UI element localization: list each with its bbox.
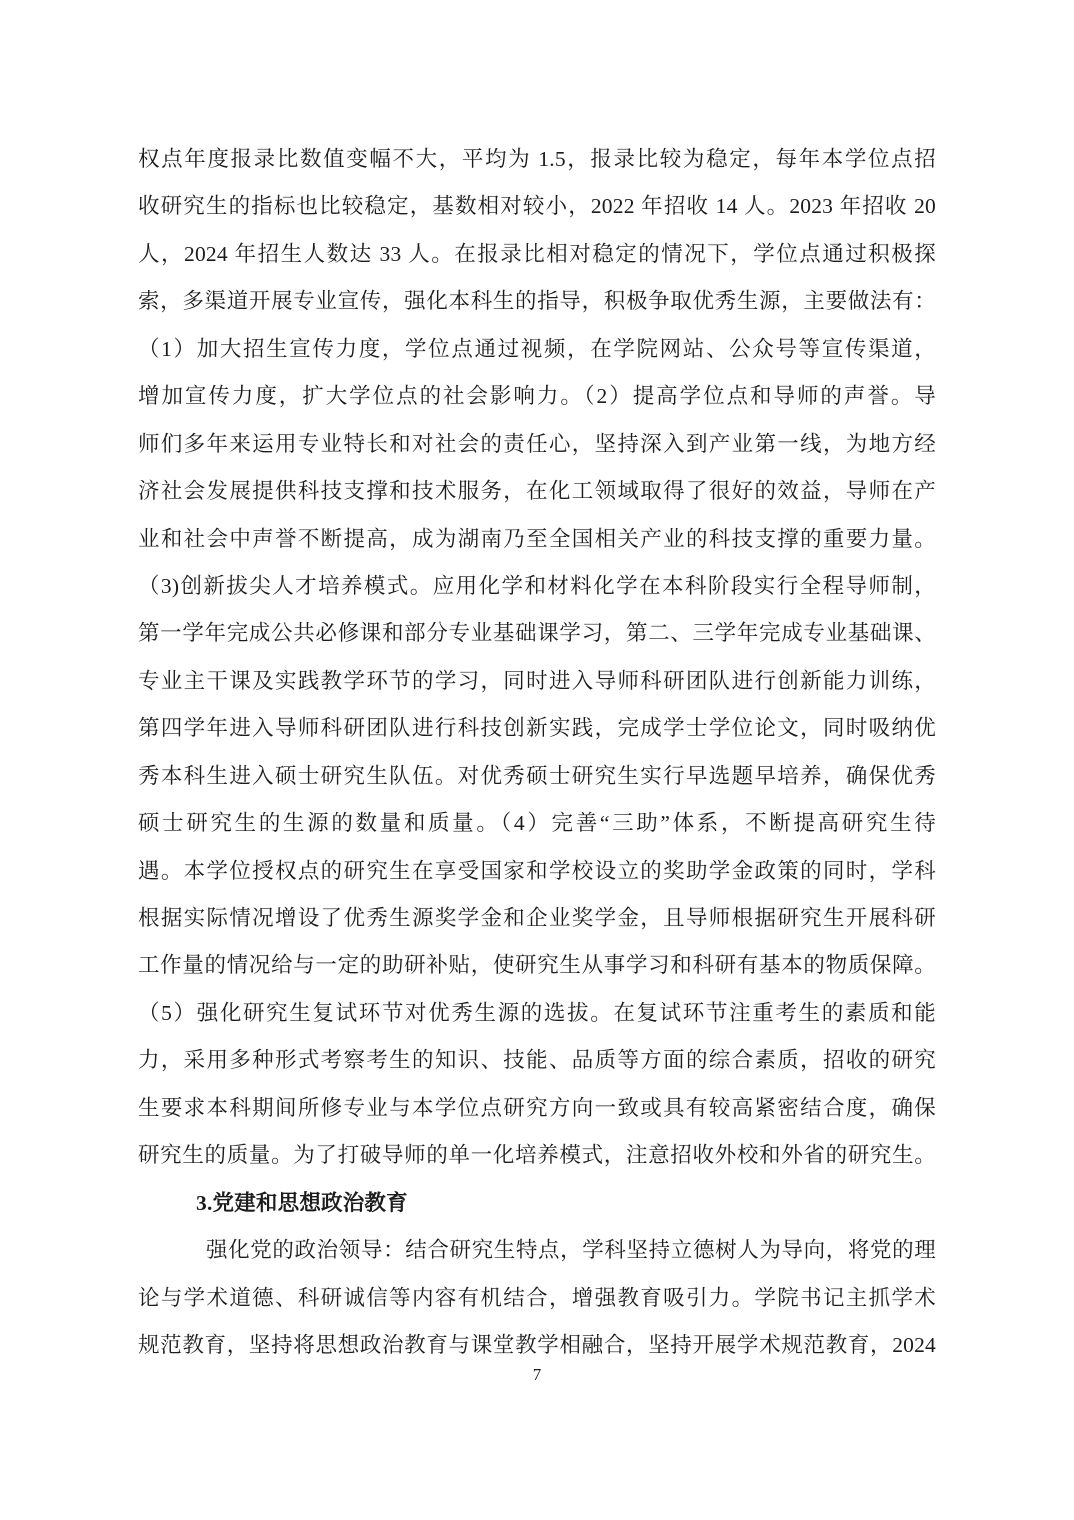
paragraph-line: 师们多年来运用专业特长和对社会的责任心，坚持深入到产业第一线，为地方经 [138,421,936,468]
page-number: 7 [0,1363,1074,1387]
paragraph-line: 第一学年完成公共必修课和部分专业基础课学习，第二、三学年完成专业基础课、 [138,610,936,657]
paragraph-line: 业和社会中声誉不断提高，成为湖南乃至全国相关产业的科技支撑的重要力量。 [138,516,936,563]
document-page: 权点年度报录比数值变幅不大，平均为 1.5，报录比较为稳定，每年本学位点招 收研… [0,0,1074,1520]
paragraph-line: （1）加大招生宣传力度，学位点通过视频，在学院网站、公众号等宣传渠道， [138,326,936,373]
paragraph-line: 力，采用多种形式考察考生的知识、技能、品质等方面的综合素质，招收的研究 [138,1037,936,1084]
paragraph-line: 索，多渠道开展专业宣传，强化本科生的指导，积极争取优秀生源，主要做法有： [138,278,936,325]
paragraph-line: 生要求本科期间所修专业与本学位点研究方向一致或具有较高紧密结合度，确保 [138,1085,936,1132]
section-heading: 3.党建和思想政治教育 [138,1180,936,1227]
page-body-text: 权点年度报录比数值变幅不大，平均为 1.5，报录比较为稳定，每年本学位点招 收研… [138,136,936,1369]
paragraph-line: 收研究生的指标也比较稳定，基数相对较小，2022 年招收 14 人。2023 年… [138,183,936,230]
paragraph-line: 强化党的政治领导：结合研究生特点，学科坚持立德树人为导向，将党的理 [138,1227,936,1274]
paragraph-line: 硕士研究生的生源的数量和质量。（4）完善“三助”体系，不断提高研究生待 [138,800,936,847]
paragraph-line: 工作量的情况给与一定的助研补贴，使研究生从事学习和科研有基本的物质保障。 [138,942,936,989]
paragraph-line: 专业主干课及实践教学环节的学习，同时进入导师科研团队进行创新能力训练， [138,658,936,705]
paragraph-line: 研究生的质量。为了打破导师的单一化培养模式，注意招收外校和外省的研究生。 [138,1132,936,1179]
paragraph-line: 第四学年进入导师科研团队进行科技创新实践，完成学士学位论文，同时吸纳优 [138,705,936,752]
paragraph-line: 根据实际情况增设了优秀生源奖学金和企业奖学金，且导师根据研究生开展科研 [138,895,936,942]
paragraph-line: 秀本科生进入硕士研究生队伍。对优秀硕士研究生实行早选题早培养，确保优秀 [138,753,936,800]
paragraph-line: 权点年度报录比数值变幅不大，平均为 1.5，报录比较为稳定，每年本学位点招 [138,136,936,183]
paragraph-line: 论与学术道德、科研诚信等内容有机结合，增强教育吸引力。学院书记主抓学术 [138,1275,936,1322]
paragraph-line: 增加宣传力度，扩大学位点的社会影响力。（2）提高学位点和导师的声誉。导 [138,373,936,420]
paragraph-line: 济社会发展提供科技支撑和技术服务，在化工领域取得了很好的效益，导师在产 [138,468,936,515]
paragraph-line: （3)创新拔尖人才培养模式。应用化学和材料化学在本科阶段实行全程导师制， [138,563,936,610]
paragraph-line: （5）强化研究生复试环节对优秀生源的选拔。在复试环节注重考生的素质和能 [138,990,936,1037]
paragraph-line: 遇。本学位授权点的研究生在享受国家和学校设立的奖助学金政策的同时，学科 [138,848,936,895]
paragraph-line: 人，2024 年招生人数达 33 人。在报录比相对稳定的情况下，学位点通过积极探 [138,231,936,278]
